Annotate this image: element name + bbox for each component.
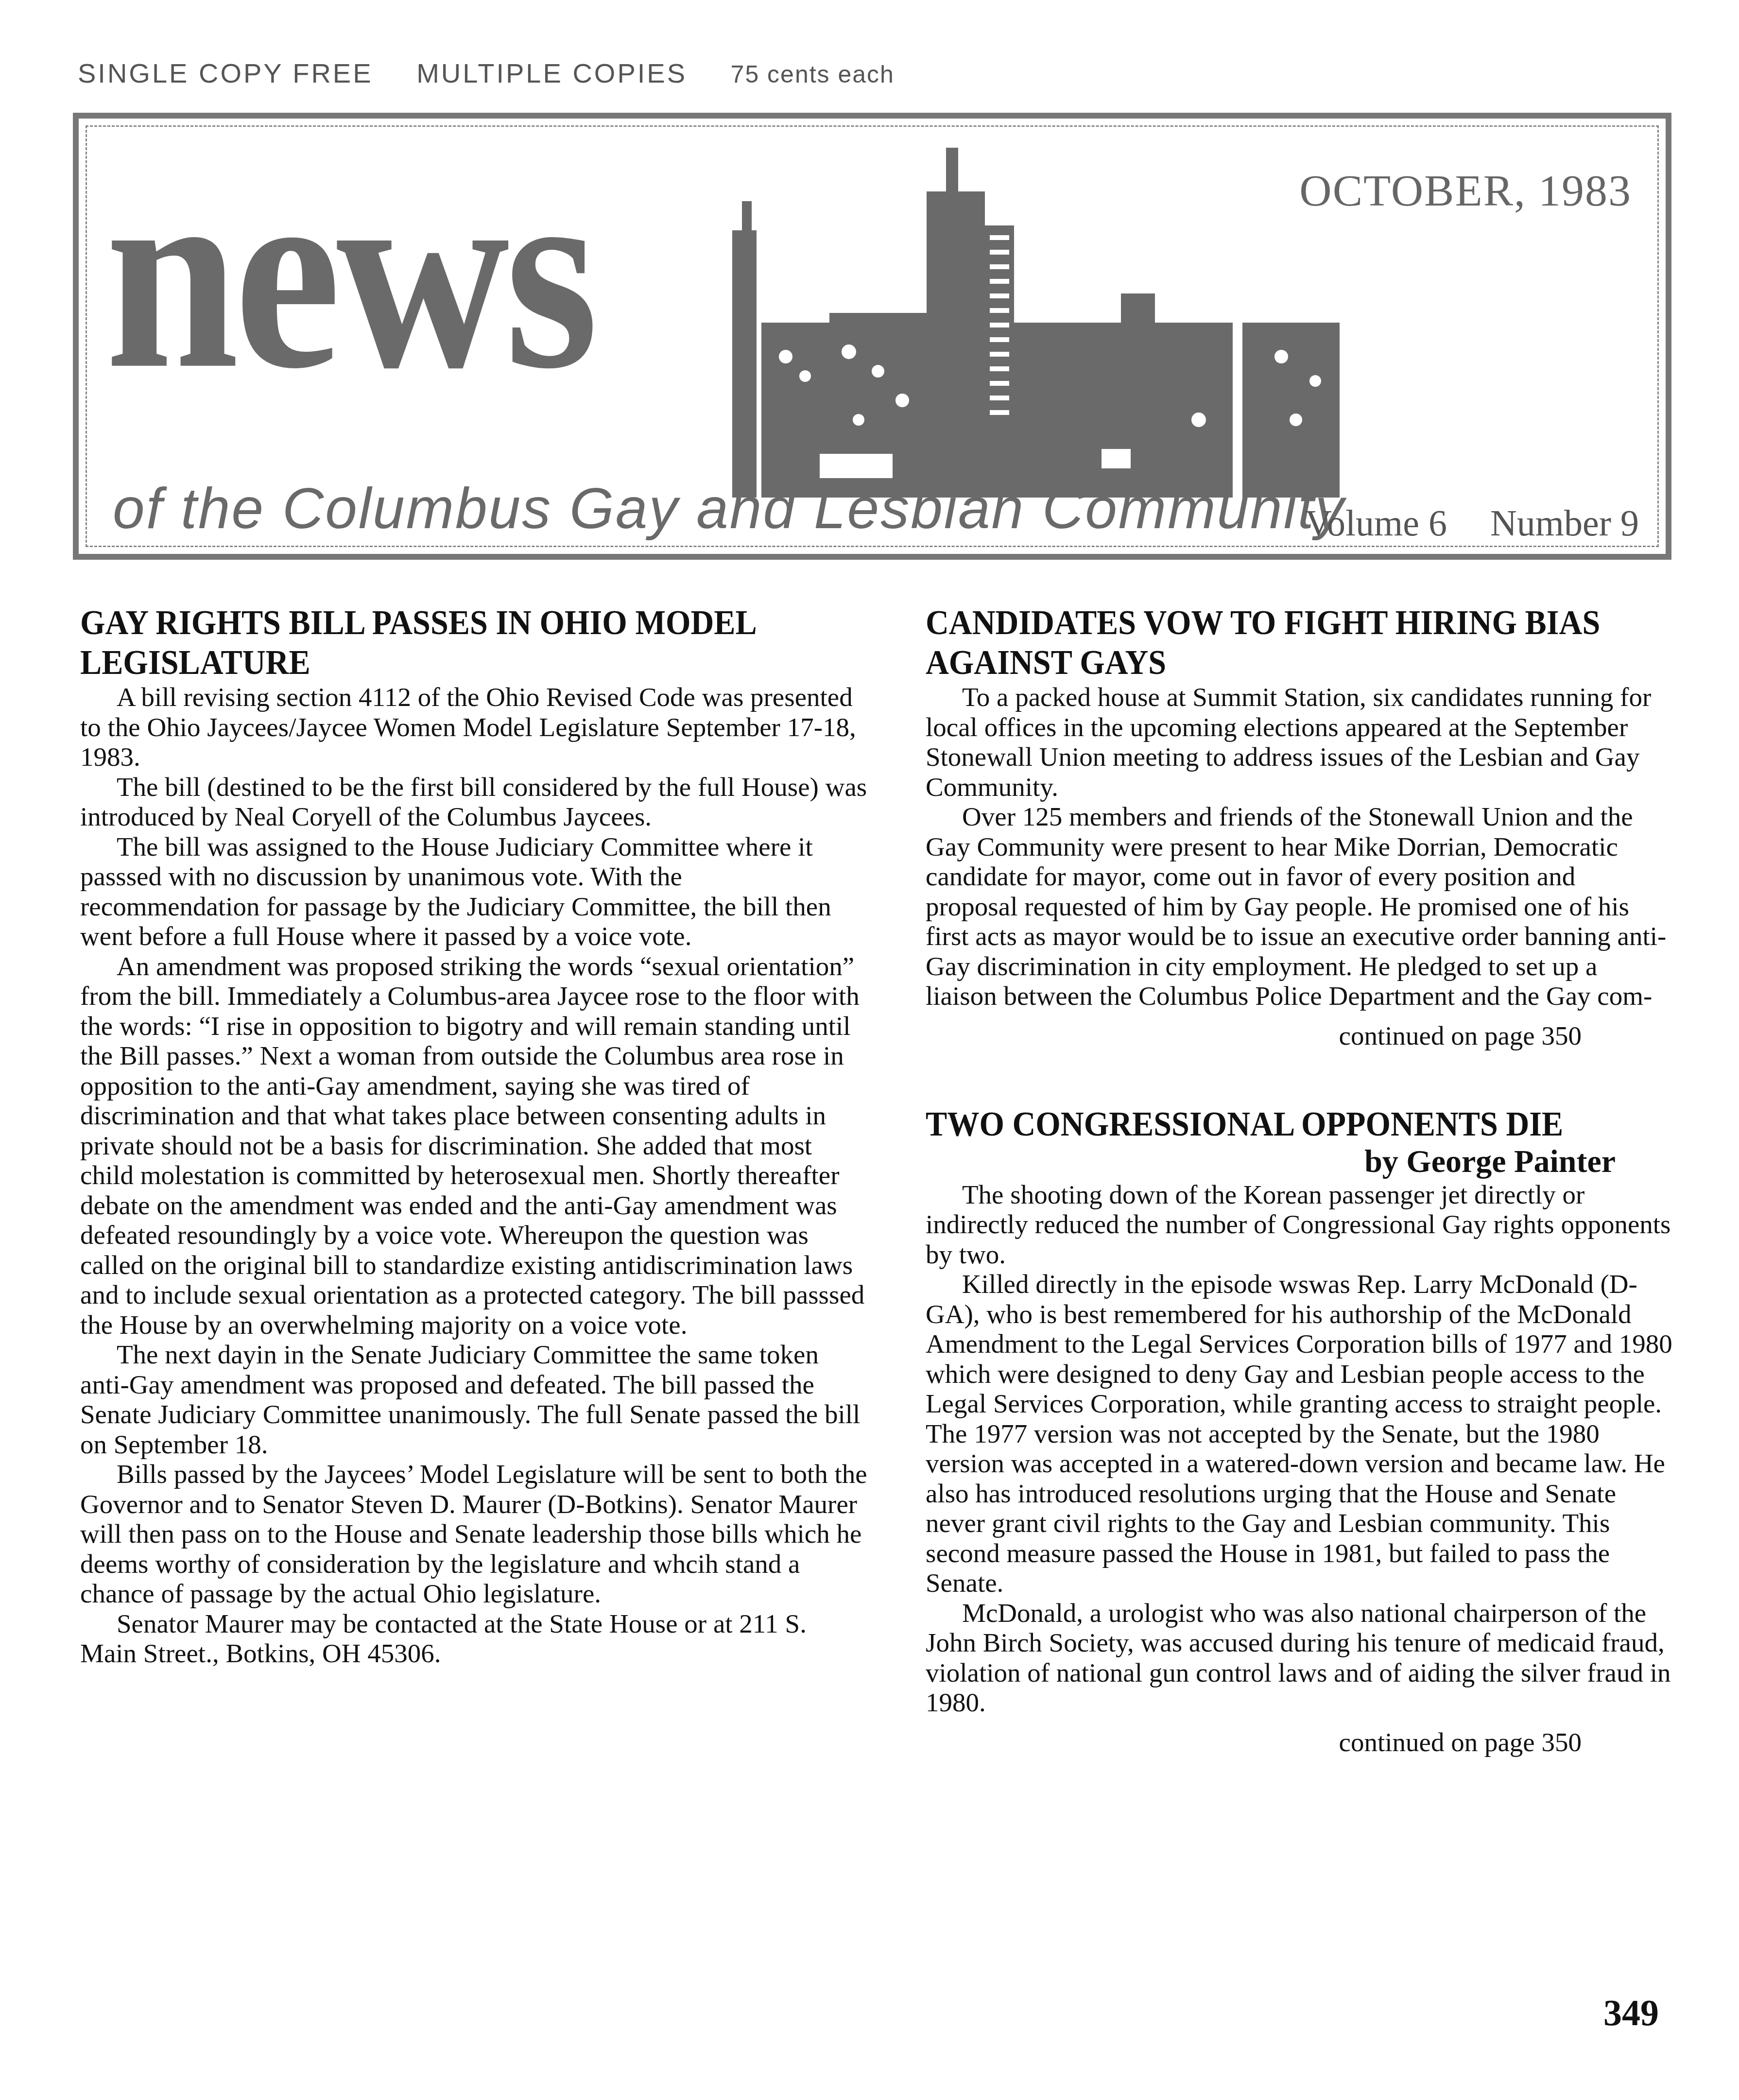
masthead-title: news — [105, 138, 594, 411]
article-paragraph: A bill revising section 4112 of the Ohio… — [80, 682, 867, 772]
continued-link[interactable]: continued on page 350 — [926, 1727, 1674, 1757]
article-paragraph: Killed directly in the episode wswas Rep… — [926, 1269, 1674, 1598]
masthead: news — [73, 113, 1671, 560]
continued-link[interactable]: continued on page 350 — [926, 1021, 1674, 1050]
article-headline: GAY RIGHTS BILL PASSES IN OHIO MODEL LEG… — [80, 602, 804, 682]
price-label: 75 cents each — [731, 61, 895, 88]
article-body: The shooting down of the Korean passenge… — [926, 1180, 1674, 1718]
volume-label: Volume 6 — [1305, 503, 1447, 544]
number-label: Number 9 — [1490, 503, 1639, 544]
left-column: GAY RIGHTS BILL PASSES IN OHIO MODEL LEG… — [80, 602, 867, 1669]
article-body: To a packed house at Summit Station, six… — [926, 682, 1674, 1011]
article-congressional-opponents: TWO CONGRESSIONAL OPPONENTS DIE by Georg… — [926, 1104, 1674, 1757]
article-candidates-vow: CANDIDATES VOW TO FIGHT HIRING BIAS AGAI… — [926, 602, 1674, 1050]
article-paragraph: McDonald, a urologist who was also natio… — [926, 1598, 1674, 1718]
masthead-tagline: of the Columbus Gay and Lesbian Communit… — [113, 476, 1345, 542]
article-gay-rights-bill: GAY RIGHTS BILL PASSES IN OHIO MODEL LEG… — [80, 602, 867, 1669]
price-line: SINGLE COPY FREE MULTIPLE COPIES 75 cent… — [78, 57, 929, 89]
article-paragraph: To a packed house at Summit Station, six… — [926, 682, 1674, 802]
single-copy-label: SINGLE COPY FREE — [78, 58, 373, 88]
article-paragraph: Bills passed by the Jaycees’ Model Legis… — [80, 1459, 867, 1609]
article-paragraph: Over 125 members and friends of the Ston… — [926, 802, 1674, 1011]
article-paragraph: The bill (destined to be the first bill … — [80, 772, 867, 832]
issue-info: Volume 6 Number 9 — [1305, 502, 1639, 545]
article-body: A bill revising section 4112 of the Ohio… — [80, 682, 867, 1669]
article-paragraph: The next dayin in the Senate Judiciary C… — [80, 1340, 867, 1459]
article-paragraph: The bill was assigned to the House Judic… — [80, 832, 867, 951]
right-column: CANDIDATES VOW TO FIGHT HIRING BIAS AGAI… — [926, 602, 1674, 1757]
article-paragraph: An amendment was proposed striking the w… — [80, 951, 867, 1340]
article-paragraph: Senator Maurer may be contacted at the S… — [80, 1609, 867, 1669]
page-number: 349 — [1603, 1992, 1659, 2034]
article-byline: by George Painter — [926, 1144, 1674, 1180]
article-paragraph: The shooting down of the Korean passenge… — [926, 1180, 1674, 1270]
article-headline: TWO CONGRESSIONAL OPPONENTS DIE — [926, 1104, 1614, 1144]
issue-date: OCTOBER, 1983 — [1299, 165, 1632, 216]
multiple-copies-label: MULTIPLE COPIES — [416, 58, 687, 88]
article-headline: CANDIDATES VOW TO FIGHT HIRING BIAS AGAI… — [926, 602, 1614, 682]
